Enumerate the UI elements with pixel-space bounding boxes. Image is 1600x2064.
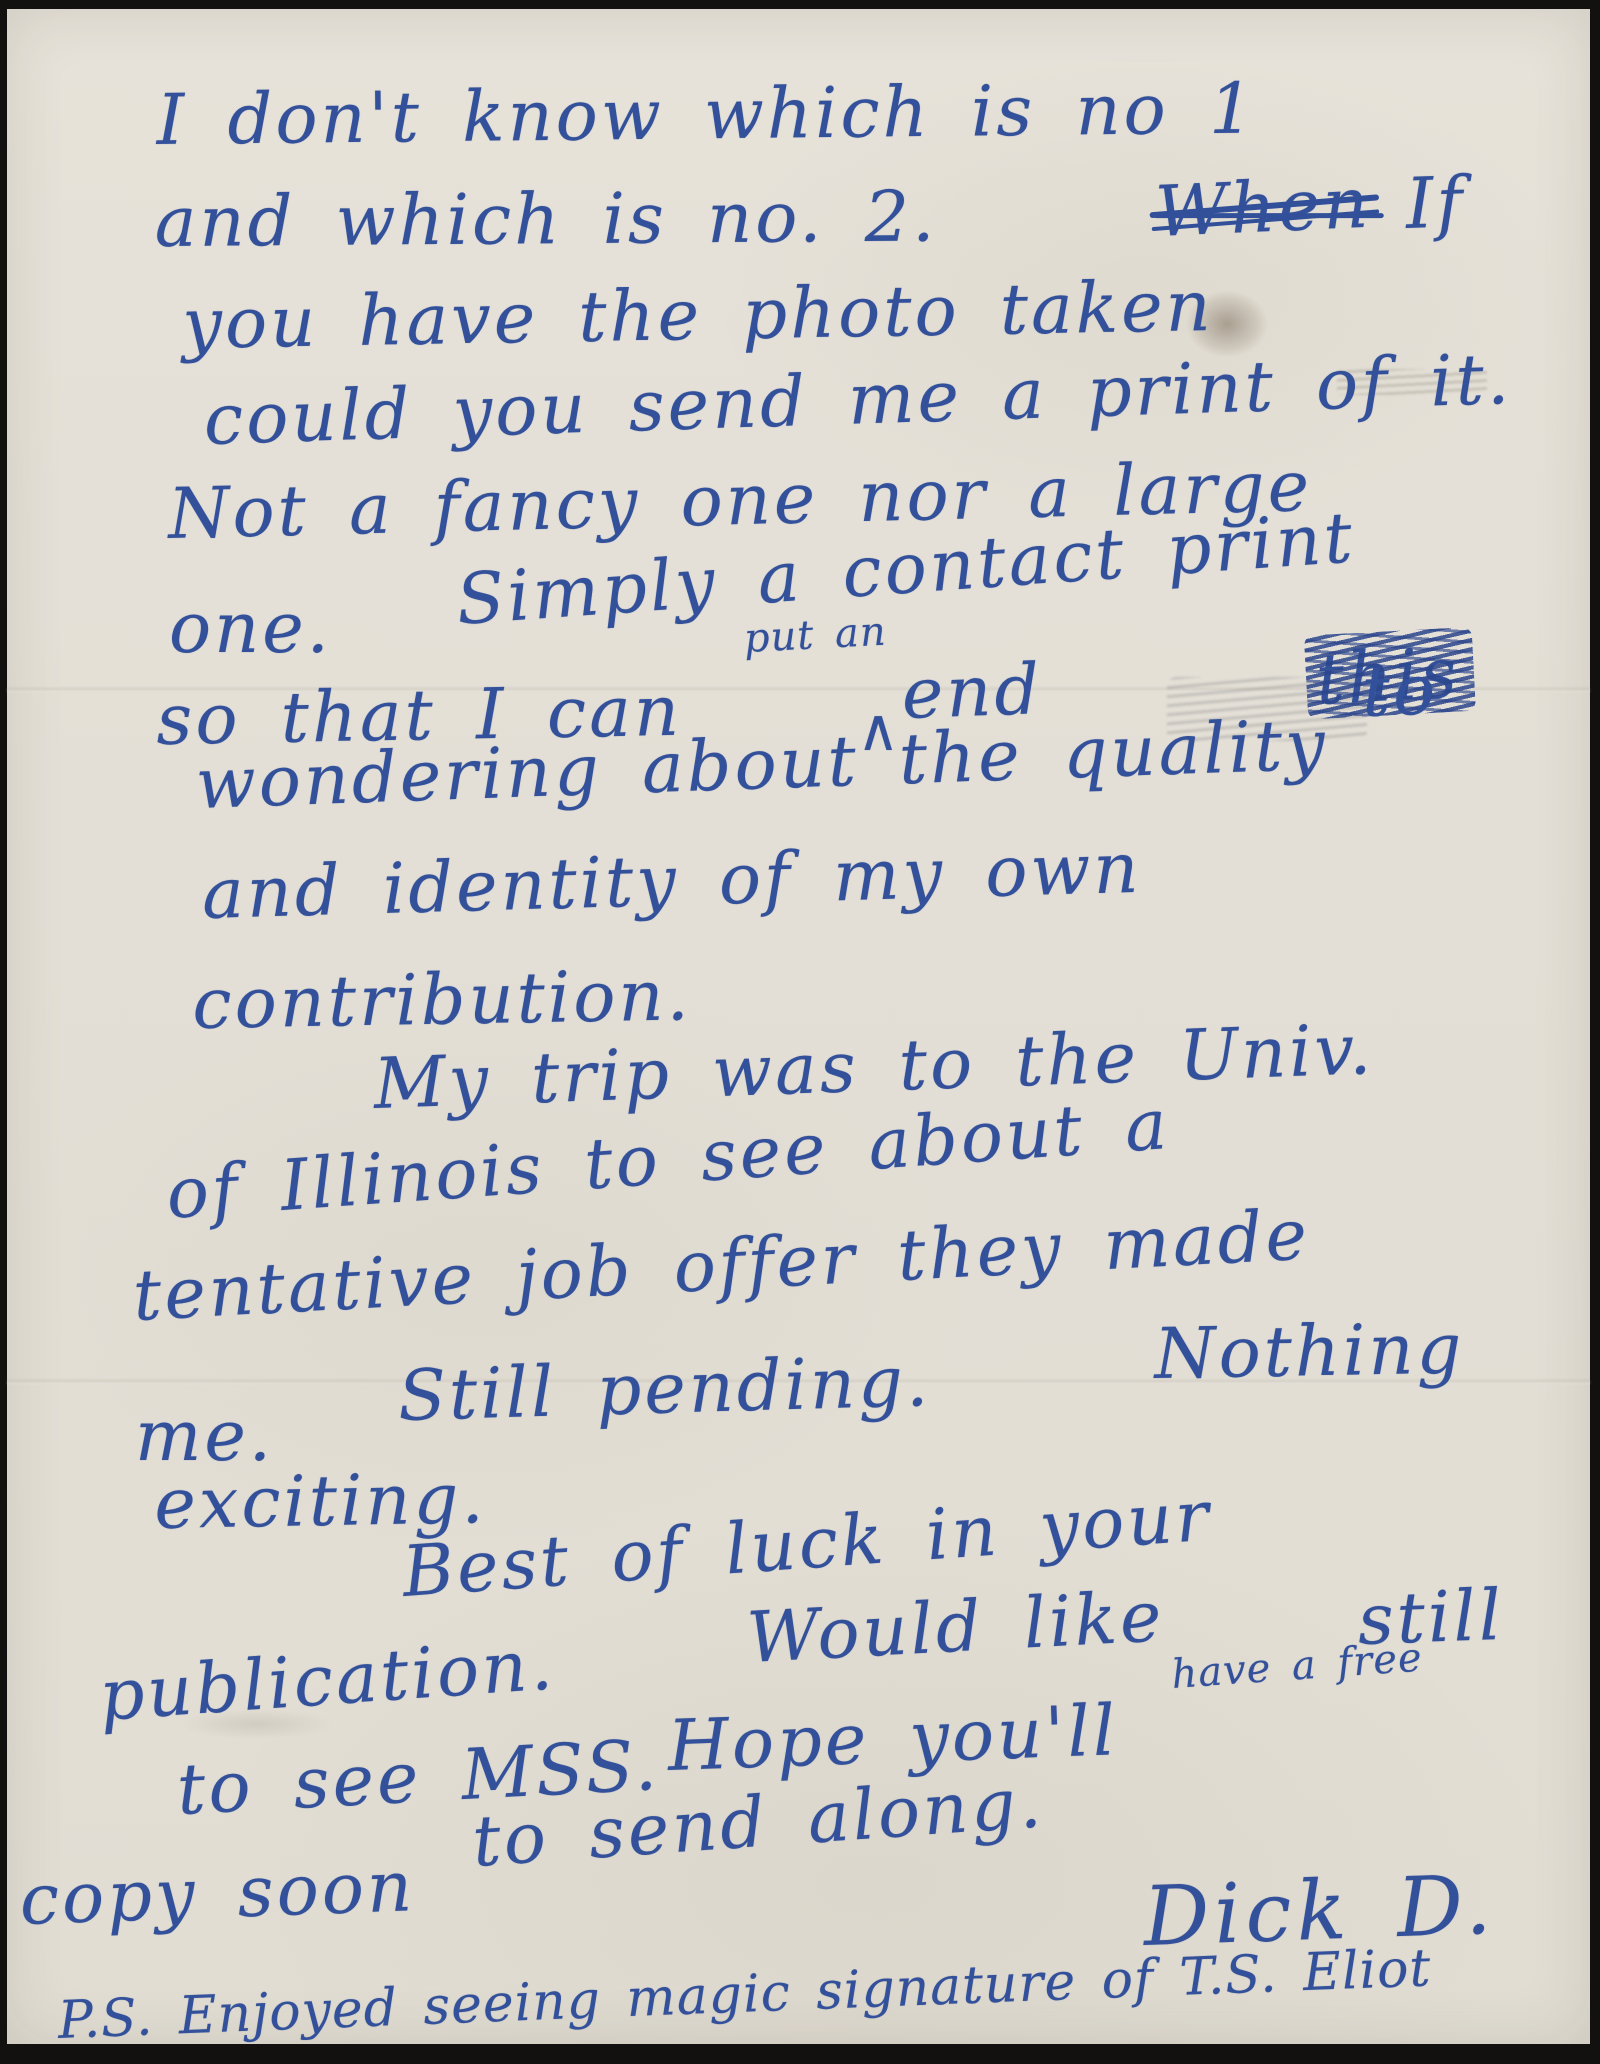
letter-line-10: contribution. [192, 960, 692, 1039]
letter-line-6-start: one. [169, 593, 332, 663]
letter-line-14-mid: Still pending. [397, 1346, 932, 1431]
crossed-out-word-when: When [1154, 168, 1372, 247]
scan-background: { "document": { "kind": "handwritten let… [0, 0, 1600, 2064]
letter-paper: I don't know which is no 1 and which is … [7, 9, 1590, 2044]
letter-line-3: you have the photo taken [182, 271, 1214, 359]
postscript: P.S. Enjoyed seeing magic signature of T… [57, 1942, 1432, 2047]
letter-line-2: and which is no. 2. [155, 182, 938, 257]
letter-line-7-end: to [1361, 654, 1440, 727]
letter-line-2-continuation: If [1405, 167, 1467, 239]
letter-line-19-start: copy soon [19, 1851, 416, 1935]
letter-line-9: and identity of my own [201, 833, 1142, 929]
letter-line-17-mid: Would like [745, 1581, 1166, 1673]
letter-line-14-end: Nothing [1154, 1314, 1465, 1389]
letter-line-17-start: publication. [97, 1629, 557, 1731]
letter-line-1: I don't know which is no 1 [156, 73, 1257, 155]
inserted-text-have-a-free: have a free [1170, 1638, 1424, 1695]
letter-line-18-mid: Hope you'll [667, 1695, 1120, 1781]
inserted-text-put-an: put an [743, 612, 888, 659]
